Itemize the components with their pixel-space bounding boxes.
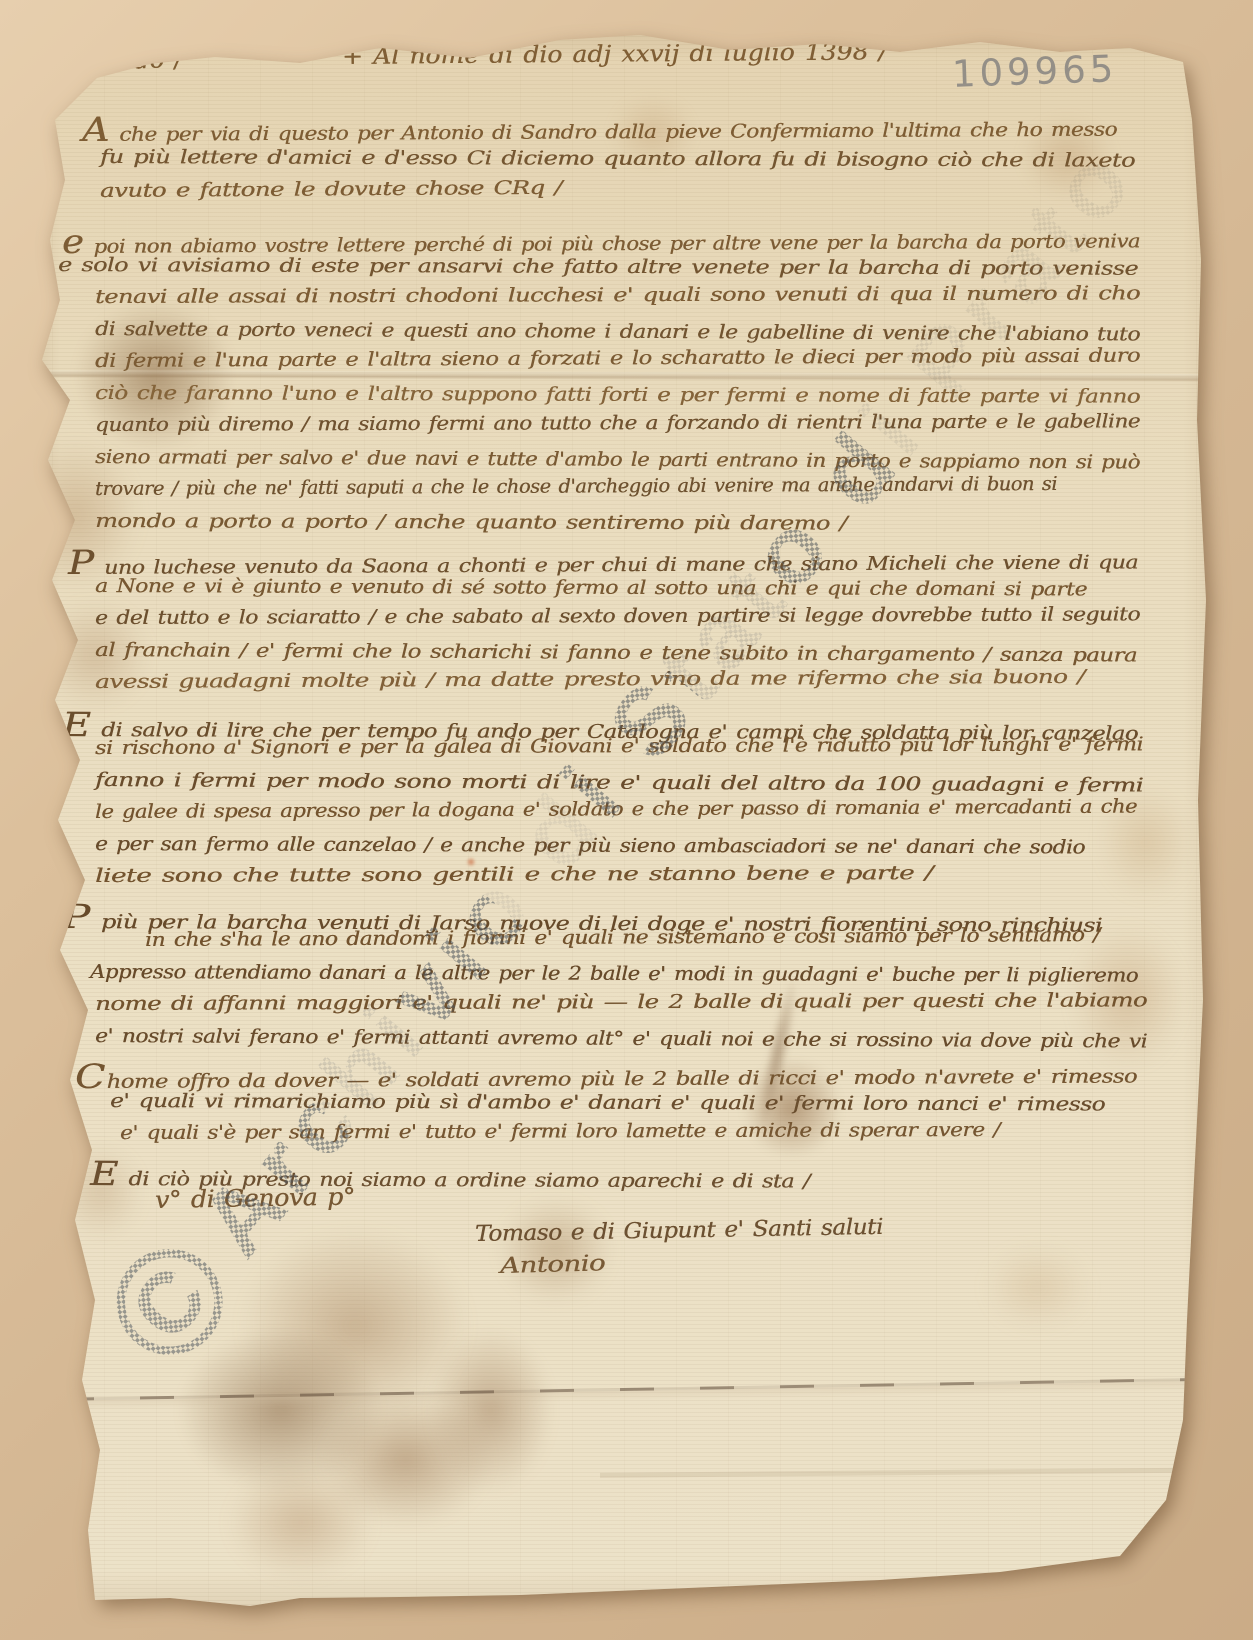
manuscript-line: avuto e fattone le dovute chose CRq / (100, 177, 562, 202)
letter-paper-sheet: 2. Gstoldo / + Al nome di dio adj xxvij … (0, 0, 1253, 1640)
manuscript-line: in che s'ha le ano dandomi i fiorini e' … (145, 924, 1100, 951)
manuscript-line: fanno i fermi per modo sono morti di lir… (95, 769, 1143, 796)
manuscript-line: fu più lettere d'amici e d'esso Ci dicie… (100, 146, 1135, 172)
manuscript-line: e solo vi avisiamo di este per ansarvi c… (58, 254, 1138, 280)
signature-line: Tomaso e di Giupunt e' Santi saluti (475, 1215, 883, 1247)
manuscript-line: nome di affanni maggiori e' quali ne' pi… (95, 989, 1147, 1015)
place-line: v° di Genova p° (155, 1183, 355, 1214)
ink-stain (428, 1328, 553, 1493)
manuscript-line: ciò che faranno l'uno e l'altro suppono … (95, 382, 1140, 408)
archive-number: 109965 (951, 47, 1118, 96)
ink-stain (178, 1328, 383, 1493)
manuscript-line: e del tutto e lo sciaratto / e che sabat… (95, 603, 1140, 629)
manuscript-line: liete sono che tutte sono gentili e che … (95, 862, 933, 887)
fold-crease (600, 1467, 1253, 1478)
ink-stain (240, 1228, 470, 1423)
fold-crease (60, 1381, 1190, 1411)
manuscript-line: si rischono a' Signori e per la galea di… (95, 733, 1143, 759)
manuscript-line: e per san fermo alle canzelao / e anche … (95, 833, 1085, 858)
copyright-icon: © (69, 1187, 284, 1398)
manuscript-line: tenavi alle assai di nostri chodoni lucc… (95, 282, 1140, 308)
manuscript-line: le galee di spesa apresso per la dogana … (95, 796, 1137, 823)
manuscript-line: A che per via di questo per Antonio di S… (82, 105, 1117, 149)
addressee-note: 2. Gstoldo / (32, 43, 183, 79)
paper-shadow-wrap: 2. Gstoldo / + Al nome di dio adj xxvij … (0, 0, 1253, 1640)
manuscript-line: mondo a porto a porto / anche quanto sen… (95, 510, 847, 535)
stitched-fold-line (60, 1378, 1190, 1401)
manuscript-line: di salvette a porto veneci e questi ano … (95, 318, 1140, 345)
manuscript-line: trovare / più che ne' fatti saputi a che… (95, 473, 1057, 500)
manuscript-line: a None e vi è giunto e venuto di sé sott… (95, 575, 1087, 600)
manuscript-line: e' quali vi rimarichiamo più sì d'ambo e… (110, 1090, 1105, 1115)
signer-name: Antonio (500, 1251, 606, 1279)
invocation-dateline: + Al nome di dio adj xxvij di luglio 139… (342, 39, 887, 70)
scanned-letter-page: 2. Gstoldo / + Al nome di dio adj xxvij … (0, 0, 1253, 1640)
manuscript-line: Chome offro da dover — e' soldati avremo… (75, 1051, 1137, 1096)
ink-stain (985, 1245, 1090, 1330)
manuscript-line: e' nostri salvi ferano e' fermi attanti … (95, 1025, 1147, 1053)
manuscript-line: avessi guadagni molte più / ma datte pre… (95, 666, 1085, 693)
manuscript-line: al franchain / e' fermi che lo scharichi… (95, 639, 1137, 666)
manuscript-line: sieno armati per salvo e' due navi e tut… (95, 446, 1140, 473)
manuscript-line: quanto più diremo / ma siamo fermi ano t… (95, 410, 1140, 436)
ink-stain (318, 1392, 493, 1527)
manuscript-line: di fermi e l'una parte e l'altra sieno a… (95, 345, 1140, 372)
fold-crease (0, 370, 1253, 382)
manuscript-line: e' quali s'è per san fermi e' tutto e' f… (120, 1119, 1000, 1144)
manuscript-line: Appresso attendiamo danari a le altre pe… (90, 961, 1138, 987)
ink-stain (228, 1465, 373, 1580)
